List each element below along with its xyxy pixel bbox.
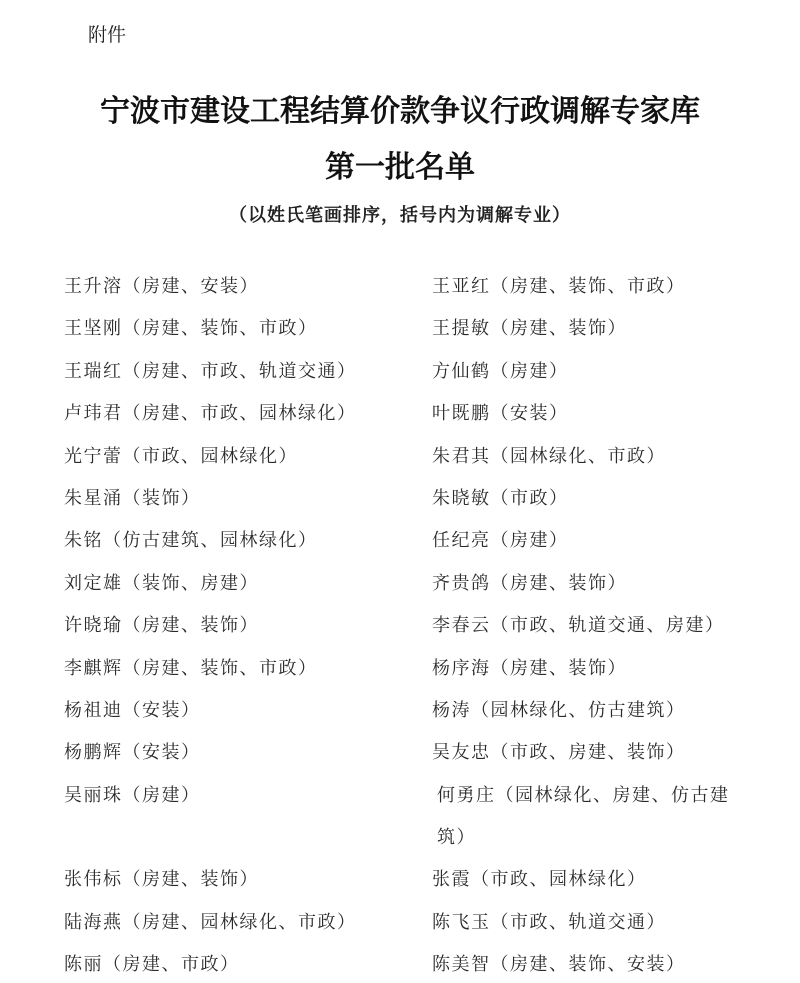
expert-name: 方仙鹤 xyxy=(432,361,491,382)
expert-row: 许晓瑜房建、装饰 李春云市政、轨道交通、房建 xyxy=(0,605,800,647)
expert-specialties: 房建、装饰、市政 xyxy=(123,318,318,339)
expert-name: 何勇庄 xyxy=(437,785,496,806)
expert-specialties: 装饰 xyxy=(123,488,201,509)
expert-specialties: 房建、市政、轨道交通 xyxy=(123,361,357,382)
expert-row: 朱铭仿古建筑、园林绿化 任纪亮房建 xyxy=(0,520,800,562)
expert-entry: 卢玮君房建、市政、园林绿化 xyxy=(64,393,357,435)
expert-specialties: 安装 xyxy=(123,700,201,721)
expert-name: 朱铭 xyxy=(64,530,103,551)
expert-specialties: 房建、装饰 xyxy=(491,573,628,594)
expert-specialties: 园林绿化、市政 xyxy=(491,446,667,467)
expert-row: 卢玮君房建、市政、园林绿化 叶既鹏安装 xyxy=(0,393,800,435)
expert-name: 刘定雄 xyxy=(64,573,123,594)
expert-entry: 何勇庄园林绿化、房建、仿古建筑 xyxy=(437,775,737,860)
expert-row: 杨祖迪安装 杨涛园林绿化、仿古建筑 xyxy=(0,690,800,732)
expert-name: 光宁蕾 xyxy=(64,446,123,467)
expert-specialties: 房建 xyxy=(491,361,569,382)
expert-name: 李春云 xyxy=(432,615,491,636)
expert-entry: 杨祖迪安装 xyxy=(64,690,201,732)
expert-specialties: 房建 xyxy=(123,785,201,806)
expert-name: 张伟标 xyxy=(64,869,123,890)
expert-name: 任纪亮 xyxy=(432,530,491,551)
expert-specialties: 房建、装饰 xyxy=(491,658,628,679)
expert-name: 朱星涌 xyxy=(64,488,123,509)
expert-entry: 刘定雄装饰、房建 xyxy=(64,563,259,605)
expert-name: 陈飞玉 xyxy=(432,912,491,933)
expert-name: 齐贵鸽 xyxy=(432,573,491,594)
expert-entry: 吴丽珠房建 xyxy=(64,775,201,817)
expert-entry: 王瑞红房建、市政、轨道交通 xyxy=(64,351,357,393)
expert-row: 刘定雄装饰、房建 齐贵鸽房建、装饰 xyxy=(0,563,800,605)
expert-specialties: 安装 xyxy=(123,742,201,763)
expert-entry: 王升溶房建、安装 xyxy=(64,266,259,308)
expert-entry: 叶既鹏安装 xyxy=(432,393,569,435)
expert-name: 李麒辉 xyxy=(64,658,123,679)
expert-specialties: 房建、市政 xyxy=(103,954,240,975)
expert-entry: 吴友忠市政、房建、装饰 xyxy=(432,732,686,774)
expert-entry: 光宁蕾市政、园林绿化 xyxy=(64,436,298,478)
expert-entry: 杨鹏辉安装 xyxy=(64,732,201,774)
expert-entry: 陈美智房建、装饰、安装 xyxy=(432,944,686,983)
expert-row: 杨鹏辉安装 吴友忠市政、房建、装饰 xyxy=(0,732,800,774)
expert-specialties: 房建、市政、园林绿化 xyxy=(123,403,357,424)
expert-entry: 齐贵鸽房建、装饰 xyxy=(432,563,627,605)
document-subtitle: （以姓氏笔画排序，括号内为调解专业） xyxy=(0,201,800,227)
expert-specialties: 市政、轨道交通 xyxy=(491,912,667,933)
expert-name: 陈美智 xyxy=(432,954,491,975)
attachment-label: 附件 xyxy=(88,20,126,47)
expert-name: 杨祖迪 xyxy=(64,700,123,721)
expert-name: 朱君其 xyxy=(432,446,491,467)
expert-entry: 张伟标房建、装饰 xyxy=(64,859,259,901)
expert-entry: 朱星涌装饰 xyxy=(64,478,201,520)
expert-specialties: 园林绿化、仿古建筑 xyxy=(471,700,686,721)
expert-specialties: 房建、安装 xyxy=(123,276,260,297)
document-title-line2: 第一批名单 xyxy=(0,142,800,186)
expert-name: 张霞 xyxy=(432,869,471,890)
expert-row: 王瑞红房建、市政、轨道交通 方仙鹤房建 xyxy=(0,351,800,393)
expert-entry: 方仙鹤房建 xyxy=(432,351,569,393)
expert-entry: 杨序海房建、装饰 xyxy=(432,648,627,690)
document-title: 宁波市建设工程结算价款争议行政调解专家库 xyxy=(0,86,800,130)
expert-entry: 杨涛园林绿化、仿古建筑 xyxy=(432,690,686,732)
expert-entry: 朱铭仿古建筑、园林绿化 xyxy=(64,520,318,562)
expert-name: 叶既鹏 xyxy=(432,403,491,424)
expert-specialties: 房建 xyxy=(491,530,569,551)
expert-specialties: 房建、装饰、市政 xyxy=(491,276,686,297)
expert-specialties: 房建、装饰 xyxy=(491,318,628,339)
expert-specialties: 装饰、房建 xyxy=(123,573,260,594)
expert-entry: 王坚刚房建、装饰、市政 xyxy=(64,308,318,350)
expert-row: 陆海燕房建、园林绿化、市政 陈飞玉市政、轨道交通 xyxy=(0,902,800,944)
expert-row: 朱星涌装饰 朱晓敏市政 xyxy=(0,478,800,520)
expert-entry: 李麒辉房建、装饰、市政 xyxy=(64,648,318,690)
expert-entry: 朱君其园林绿化、市政 xyxy=(432,436,666,478)
expert-row: 吴丽珠房建 何勇庄园林绿化、房建、仿古建筑 xyxy=(0,775,800,860)
expert-specialties: 市政、园林绿化 xyxy=(123,446,299,467)
expert-name: 许晓瑜 xyxy=(64,615,123,636)
expert-entry: 陈丽房建、市政 xyxy=(64,944,240,983)
expert-list: 王升溶房建、安装 王亚红房建、装饰、市政 王坚刚房建、装饰、市政 王提敏房建、装… xyxy=(0,266,800,983)
expert-specialties: 市政、房建、装饰 xyxy=(491,742,686,763)
expert-specialties: 房建、装饰、安装 xyxy=(491,954,686,975)
expert-row: 王升溶房建、安装 王亚红房建、装饰、市政 xyxy=(0,266,800,308)
expert-row: 王坚刚房建、装饰、市政 王提敏房建、装饰 xyxy=(0,308,800,350)
expert-specialties: 房建、装饰 xyxy=(123,615,260,636)
expert-name: 王亚红 xyxy=(432,276,491,297)
expert-name: 王升溶 xyxy=(64,276,123,297)
expert-specialties: 安装 xyxy=(491,403,569,424)
expert-name: 吴丽珠 xyxy=(64,785,123,806)
expert-entry: 张霞市政、园林绿化 xyxy=(432,859,647,901)
expert-name: 陈丽 xyxy=(64,954,103,975)
expert-name: 吴友忠 xyxy=(432,742,491,763)
expert-name: 王提敏 xyxy=(432,318,491,339)
expert-entry: 陆海燕房建、园林绿化、市政 xyxy=(64,902,357,944)
expert-name: 杨涛 xyxy=(432,700,471,721)
expert-specialties: 房建、装饰 xyxy=(123,869,260,890)
expert-name: 杨序海 xyxy=(432,658,491,679)
expert-entry: 朱晓敏市政 xyxy=(432,478,569,520)
expert-name: 朱晓敏 xyxy=(432,488,491,509)
expert-specialties: 市政 xyxy=(491,488,569,509)
expert-row: 光宁蕾市政、园林绿化 朱君其园林绿化、市政 xyxy=(0,436,800,478)
expert-entry: 李春云市政、轨道交通、房建 xyxy=(432,605,725,647)
expert-name: 王瑞红 xyxy=(64,361,123,382)
expert-specialties: 仿古建筑、园林绿化 xyxy=(103,530,318,551)
expert-name: 陆海燕 xyxy=(64,912,123,933)
expert-specialties: 房建、园林绿化、市政 xyxy=(123,912,357,933)
expert-entry: 陈飞玉市政、轨道交通 xyxy=(432,902,666,944)
expert-entry: 许晓瑜房建、装饰 xyxy=(64,605,259,647)
expert-entry: 王亚红房建、装饰、市政 xyxy=(432,266,686,308)
expert-row: 陈丽房建、市政 陈美智房建、装饰、安装 xyxy=(0,944,800,983)
expert-row: 张伟标房建、装饰 张霞市政、园林绿化 xyxy=(0,859,800,901)
expert-specialties: 房建、装饰、市政 xyxy=(123,658,318,679)
expert-specialties: 市政、园林绿化 xyxy=(471,869,647,890)
expert-name: 王坚刚 xyxy=(64,318,123,339)
expert-name: 杨鹏辉 xyxy=(64,742,123,763)
expert-name: 卢玮君 xyxy=(64,403,123,424)
expert-entry: 王提敏房建、装饰 xyxy=(432,308,627,350)
expert-entry: 任纪亮房建 xyxy=(432,520,569,562)
expert-specialties: 市政、轨道交通、房建 xyxy=(491,615,725,636)
expert-row: 李麒辉房建、装饰、市政 杨序海房建、装饰 xyxy=(0,648,800,690)
